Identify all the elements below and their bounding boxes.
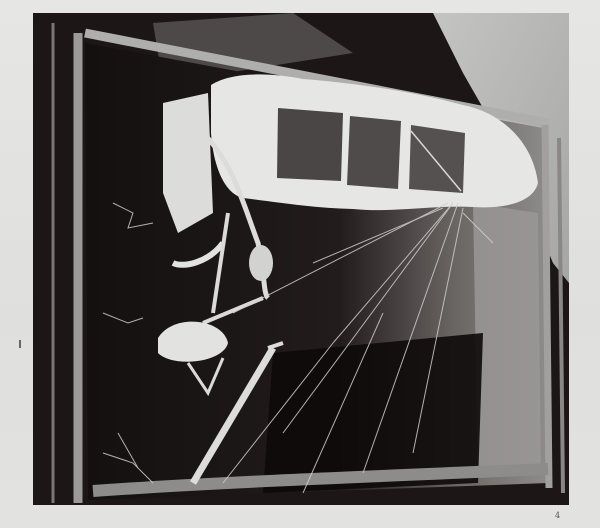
artwork-photograph: [33, 13, 569, 505]
large-glass-illustration: [33, 13, 569, 505]
margin-mark: [19, 340, 21, 348]
book-page: 4: [0, 0, 600, 528]
page-number: 4: [555, 511, 560, 520]
